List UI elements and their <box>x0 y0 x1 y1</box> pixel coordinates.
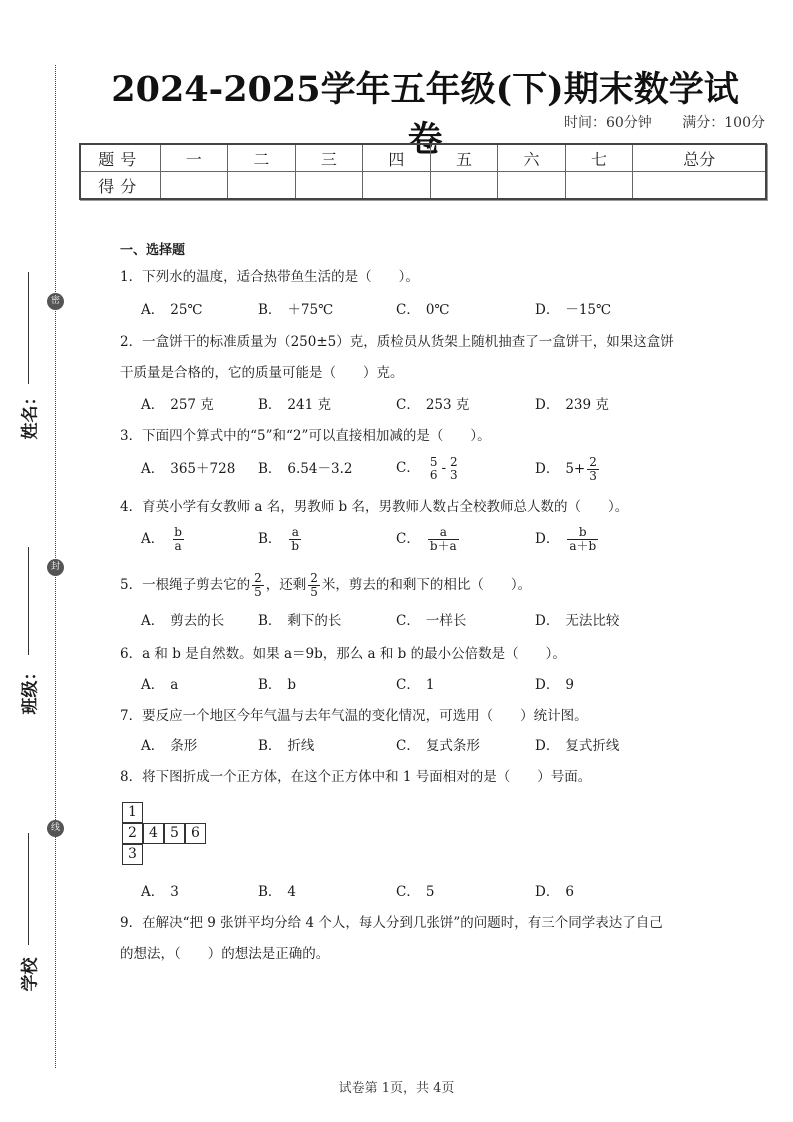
question-3: 3．下面四个算式中的“5”和“2”可以直接相加减的是（ ）。 <box>120 430 491 444</box>
row-header-question-number: 题号 <box>80 144 160 172</box>
fraction: 56 <box>428 456 440 482</box>
fraction: 23 <box>448 456 460 482</box>
option-a[interactable]: A．条形 <box>141 740 197 754</box>
option-d[interactable]: D．复式折线 <box>535 740 619 754</box>
question-text: 育英小学有女教师 a 名，男教师 b 名，男教师人数占全校教师总人数的（ ）。 <box>142 499 628 515</box>
question-2-options: A．257 克 B．241 克 C．253 克 D．239 克 <box>141 399 701 429</box>
net-cell-1: 1 <box>122 802 143 823</box>
cube-net-diagram: 1 2 4 5 6 3 <box>122 802 212 866</box>
option-b[interactable]: B．ab <box>258 526 303 553</box>
question-text: 要反应一个地区今年气温与去年气温的变化情况，可选用（ ）统计图。 <box>142 708 588 724</box>
option-c[interactable]: C．0℃ <box>396 304 450 318</box>
net-cell-2: 2 <box>122 823 143 844</box>
question-8: 8．将下图折成一个正方体，在这个正方体中和 1 号面相对的是（ ）号面。 <box>120 771 591 785</box>
question-number: 2． <box>120 334 142 350</box>
question-text: 将下图折成一个正方体，在这个正方体中和 1 号面相对的是（ ）号面。 <box>142 769 591 785</box>
question-2-line2: 干质量是合格的，它的质量可能是（ ）克。 <box>120 367 404 381</box>
score-cell[interactable] <box>565 172 633 200</box>
fraction: 25 <box>308 572 320 599</box>
option-a[interactable]: A．剪去的长 <box>141 615 224 629</box>
class-field-label: 班级： <box>16 671 41 715</box>
option-a[interactable]: A．25℃ <box>141 304 203 318</box>
option-a[interactable]: A．365＋728 <box>141 463 235 477</box>
question-5: 5．一根绳子剪去它的 25 ，还剩 25 米，剪去的和剩下的相比（ ）。 <box>120 572 531 599</box>
score-cell[interactable] <box>430 172 498 200</box>
question-8-options: A．3 B．4 C．5 D．6 <box>141 886 701 916</box>
school-field-line[interactable] <box>28 833 29 945</box>
score-cell[interactable] <box>228 172 296 200</box>
question-text: a 和 b 是自然数。如果 a＝9b，那么 a 和 b 的最小公倍数是（ ）。 <box>142 646 566 662</box>
score-table-header-row: 题号 一 二 三 四 五 六 七 总分 <box>80 144 766 172</box>
option-b[interactable]: B．241 克 <box>258 399 331 413</box>
name-field-line[interactable] <box>28 272 29 384</box>
option-d[interactable]: D．ba＋b <box>535 526 600 553</box>
question-number: 1． <box>120 269 142 285</box>
column-header: 四 <box>363 144 431 172</box>
option-c[interactable]: C．5 <box>396 886 434 900</box>
question-3-options: A．365＋728 B．6.54－3.2 C． 56 - 23 D． 5+ 23 <box>141 456 701 486</box>
exam-time: 时间：60分钟 <box>564 115 652 131</box>
question-number: 7． <box>120 708 142 724</box>
option-a[interactable]: A．3 <box>141 886 179 900</box>
option-b[interactable]: B．6.54－3.2 <box>258 463 352 477</box>
net-cell-3: 3 <box>122 844 143 865</box>
option-d[interactable]: D．无法比较 <box>535 615 619 629</box>
option-c[interactable]: C．1 <box>396 679 434 693</box>
question-number: 5． <box>120 579 142 593</box>
question-9-line2: 的想法，（ ）的想法是正确的。 <box>120 948 329 962</box>
option-b[interactable]: B．剩下的长 <box>258 615 341 629</box>
question-text: 一盒饼干的标准质量为（250±5）克，质检员从货架上随机抽查了一盒饼干，如果这盒… <box>142 334 674 350</box>
seal-mark-xian: 线 <box>47 820 64 837</box>
name-field-label: 姓名： <box>16 396 41 440</box>
net-cell-5: 5 <box>164 823 185 844</box>
column-header: 三 <box>295 144 363 172</box>
question-1: 1．下列水的温度，适合热带鱼生活的是（ ）。 <box>120 271 419 285</box>
option-c[interactable]: C．ab＋a <box>396 526 461 553</box>
score-cell[interactable] <box>160 172 228 200</box>
question-1-options: A．25℃ B．＋75℃ C．0℃ D．－15℃ <box>141 304 701 334</box>
question-text: 下面四个算式中的“5”和“2”可以直接相加减的是（ ）。 <box>142 428 491 444</box>
option-d[interactable]: D．6 <box>535 886 574 900</box>
option-d[interactable]: D． 5+ 23 <box>535 456 601 483</box>
page-footer: 试卷第 1页，共 4页 <box>0 1077 793 1096</box>
score-cell[interactable] <box>498 172 566 200</box>
option-d[interactable]: D．－15℃ <box>535 304 611 318</box>
option-b[interactable]: B．＋75℃ <box>258 304 333 318</box>
option-a[interactable]: A．257 克 <box>141 399 214 413</box>
question-number: 4． <box>120 499 142 515</box>
exam-meta: 时间：60分钟 满分：100分 <box>538 112 765 132</box>
question-4: 4．育英小学有女教师 a 名，男教师 b 名，男教师人数占全校教师总人数的（ ）… <box>120 501 628 515</box>
score-cell[interactable] <box>295 172 363 200</box>
question-9: 9．在解决“把 9 张饼平均分给 4 个人，每人分到几张饼”的问题时，有三个同学… <box>120 917 663 931</box>
option-b[interactable]: B．折线 <box>258 740 314 754</box>
fraction: ab <box>289 526 301 553</box>
score-cell-total[interactable] <box>633 172 766 200</box>
column-header: 五 <box>430 144 498 172</box>
question-number: 8． <box>120 769 142 785</box>
fraction: ba＋b <box>567 526 598 553</box>
question-6: 6．a 和 b 是自然数。如果 a＝9b，那么 a 和 b 的最小公倍数是（ ）… <box>120 648 566 662</box>
fraction: ab＋a <box>428 526 459 553</box>
seal-mark-mi: 密 <box>47 293 64 310</box>
question-text: 在解决“把 9 张饼平均分给 4 个人，每人分到几张饼”的问题时，有三个同学表达… <box>142 915 663 931</box>
option-c[interactable]: C．一样长 <box>396 615 466 629</box>
option-a[interactable]: A．ba <box>141 526 186 553</box>
option-d[interactable]: D．239 克 <box>535 399 609 413</box>
question-7-options: A．条形 B．折线 C．复式条形 D．复式折线 <box>141 740 701 770</box>
score-table-score-row: 得分 <box>80 172 766 200</box>
column-header: 七 <box>565 144 633 172</box>
column-header: 二 <box>228 144 296 172</box>
question-number: 6． <box>120 646 142 662</box>
option-a[interactable]: A．a <box>141 679 178 693</box>
fraction: ba <box>172 526 184 553</box>
score-cell[interactable] <box>363 172 431 200</box>
net-cell-4: 4 <box>143 823 164 844</box>
section-title: 一、选择题 <box>120 244 185 257</box>
column-header-total: 总分 <box>633 144 766 172</box>
option-b[interactable]: B．4 <box>258 886 296 900</box>
question-7: 7．要反应一个地区今年气温与去年气温的变化情况，可选用（ ）统计图。 <box>120 710 588 724</box>
fraction: 25 <box>252 572 264 599</box>
question-4-options: A．ba B．ab C．ab＋a D．ba＋b <box>141 526 701 556</box>
column-header: 六 <box>498 144 566 172</box>
question-5-options: A．剪去的长 B．剩下的长 C．一样长 D．无法比较 <box>141 615 701 645</box>
question-number: 3． <box>120 428 142 444</box>
question-number: 9． <box>120 915 142 931</box>
seal-mark-feng: 封 <box>47 559 64 576</box>
option-c[interactable]: C．253 克 <box>396 399 469 413</box>
option-d[interactable]: D．9 <box>535 679 574 693</box>
row-header-score: 得分 <box>80 172 160 200</box>
question-2: 2．一盒饼干的标准质量为（250±5）克，质检员从货架上随机抽查了一盒饼干，如果… <box>120 336 674 350</box>
question-6-options: A．a B．b C．1 D．9 <box>141 679 701 709</box>
question-text: 下列水的温度，适合热带鱼生活的是（ ）。 <box>142 269 419 285</box>
exam-full-score: 满分：100分 <box>682 115 765 131</box>
net-cell-6: 6 <box>185 823 206 844</box>
option-c[interactable]: C．复式条形 <box>396 740 480 754</box>
class-field-line[interactable] <box>28 547 29 655</box>
score-table: 题号 一 二 三 四 五 六 七 总分 得分 <box>79 143 767 200</box>
school-field-label: 学校 <box>16 953 41 997</box>
option-b[interactable]: B．b <box>258 679 296 693</box>
fraction: 23 <box>587 456 599 483</box>
option-c[interactable]: C． 56 - 23 <box>396 456 462 482</box>
column-header: 一 <box>160 144 228 172</box>
